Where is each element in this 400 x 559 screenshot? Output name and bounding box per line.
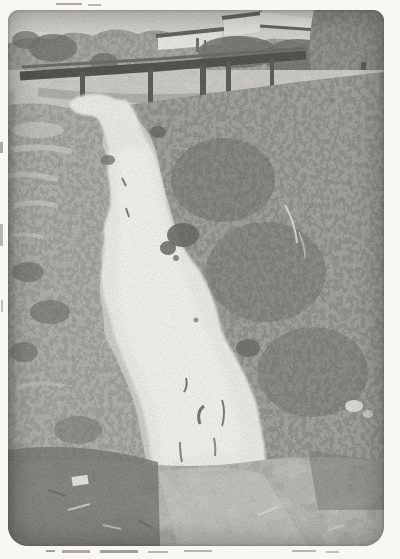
margin-speck [292,550,316,552]
margin-speck [326,551,339,553]
margin-speck [148,551,168,553]
margin-speck [184,550,212,552]
margin-speck [100,550,138,553]
photograph [8,10,384,546]
film-grain [8,10,384,546]
scanned-page [0,0,400,559]
margin-speck [62,550,90,553]
margin-speck [88,4,101,6]
margin-speck [56,3,82,5]
margin-speck [46,550,55,552]
margin-speck [0,142,3,153]
margin-speck [1,300,3,312]
photo-canvas [8,10,384,546]
margin-speck [0,224,3,246]
